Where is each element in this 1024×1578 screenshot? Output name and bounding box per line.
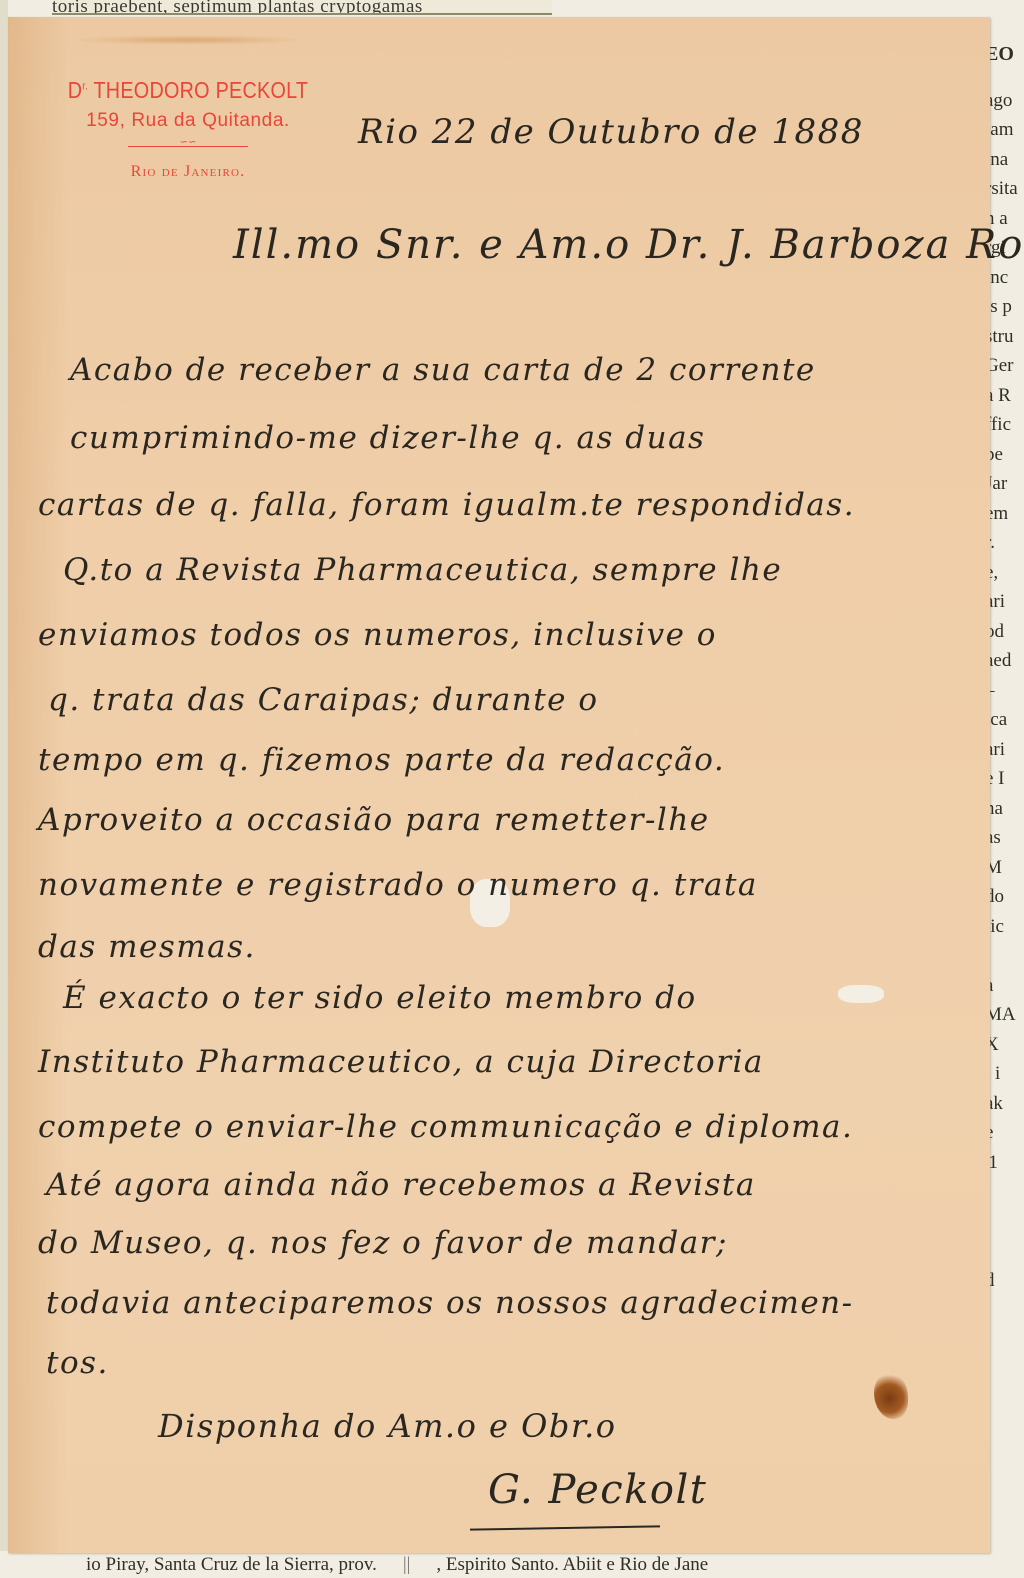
book-fragment: ica (985, 705, 1024, 735)
body-line: Aproveito a occasião para remetter-lhe (38, 802, 710, 838)
book-bottom-line: io Piray, Santa Cruz de la Sierra, prov.… (0, 1551, 1024, 1578)
book-fragment: t i (985, 1059, 1024, 1089)
book-fragment: od (985, 617, 1024, 647)
dateline: Rio 22 de Outubro de 1888 (358, 112, 864, 152)
book-fragment: pe (985, 440, 1024, 470)
book-fragment (985, 941, 1024, 971)
letterhead-address: 159, Rua da Quitanda. (48, 110, 328, 132)
name-prefix-sup: r. (82, 80, 88, 92)
book-top-rule (52, 13, 552, 15)
book-fragment: ffic (985, 410, 1024, 440)
book-fragment: d (985, 1266, 1024, 1296)
letterhead: Dr. THEODORO PECKOLT 159, Rua da Quitand… (48, 77, 328, 181)
book-fragment: as (985, 823, 1024, 853)
book-fragment: a R (985, 381, 1024, 411)
book-fragment: Jar (985, 469, 1024, 499)
body-line: tempo em q. fizemos parte da redacção. (38, 742, 725, 778)
letterhead-name: Dr. THEODORO PECKOLT (68, 77, 309, 104)
body-line: das mesmas. (38, 929, 256, 965)
book-fragment: X (985, 1030, 1024, 1060)
body-line: É exacto o ter sido eleito membro do (63, 980, 697, 1016)
book-fragment: ari (985, 735, 1024, 765)
book-fragment: Ger (985, 351, 1024, 381)
letter-sheet: Dr. THEODORO PECKOLT 159, Rua da Quitand… (8, 17, 990, 1553)
body-line: enviamos todos os numeros, inclusive o (38, 617, 717, 653)
body-line: Até agora ainda não recebemos a Revista (46, 1167, 756, 1203)
book-fragment: ari (985, 587, 1024, 617)
body-line: q. trata das Caraipas; durante o (48, 682, 599, 718)
body-line: novamente e registrado o numero q. trata (38, 867, 758, 903)
left-margin-strip (0, 0, 8, 1578)
book-fragment: e (985, 1118, 1024, 1148)
body-line: cartas de q. falla, foram igualm.te resp… (38, 487, 855, 523)
book-fragment: na (985, 794, 1024, 824)
book-fragment: rsita (985, 174, 1024, 204)
book-fragment: ina (985, 145, 1024, 175)
body-line: compete o enviar-lhe communicação e dipl… (38, 1109, 853, 1145)
book-fragment: ago (985, 86, 1024, 116)
book-fragment: ; (985, 1177, 1024, 1207)
book-fragment: do (985, 882, 1024, 912)
book-fragment: MA (985, 1000, 1024, 1030)
book-fragment (985, 1207, 1024, 1237)
body-line: Q.to a Revista Pharmaceutica, sempre lhe (63, 552, 782, 588)
signature-underline (470, 1525, 660, 1530)
body-line: Acabo de receber a sua carta de 2 corren… (70, 352, 816, 388)
column-separator: || (382, 1551, 432, 1578)
book-fragment: r. (985, 528, 1024, 558)
book-fragment: – (985, 676, 1024, 706)
salutation: Ill.mo Snr. e Am.o Dr. J. Barboza Rodrig… (233, 222, 1024, 268)
book-fragment: lic (985, 912, 1024, 942)
book-bottom-right: , Espirito Santo. Abiit e Rio de Jane (436, 1554, 708, 1575)
book-fragment: em (985, 499, 1024, 529)
book-fragment: is p (985, 292, 1024, 322)
book-top-text: toris praebent, septimum plantas cryptog… (52, 0, 552, 14)
ink-blot (874, 1373, 908, 1419)
signature: G. Peckolt (488, 1467, 707, 1513)
book-fragment: '1 (985, 1148, 1024, 1178)
name-text: THEODORO PECKOLT (93, 77, 308, 103)
book-bottom-left: io Piray, Santa Cruz de la Sierra, prov. (86, 1554, 377, 1575)
book-fragment: aed (985, 646, 1024, 676)
closing: Disponha do Am.o e Obr.o (158, 1407, 617, 1445)
body-line: cumprimindo-me dizer-lhe q. as duas (70, 420, 705, 456)
book-fragment (985, 1236, 1024, 1266)
body-line: Instituto Pharmaceutico, a cuja Director… (38, 1044, 764, 1080)
book-fragment: e, (985, 558, 1024, 588)
book-fragment: iam (985, 115, 1024, 145)
book-fragment: a (985, 971, 1024, 1001)
ornamental-rule (128, 146, 248, 147)
body-line: todavia anteciparemos os nossos agradeci… (46, 1285, 854, 1321)
body-line: do Museo, q. nos fez o favor de mandar; (38, 1225, 728, 1261)
book-fragment: ak (985, 1089, 1024, 1119)
book-column-header: EO (985, 40, 1024, 70)
book-fragment: e I (985, 764, 1024, 794)
water-stain (68, 35, 308, 45)
letterhead-city: Rio de Janeiro. (48, 163, 328, 181)
paper-tear (838, 985, 884, 1003)
name-prefix: D (68, 77, 83, 103)
book-fragment: M (985, 853, 1024, 883)
book-fragment: stru (985, 322, 1024, 352)
body-line: tos. (46, 1345, 109, 1381)
